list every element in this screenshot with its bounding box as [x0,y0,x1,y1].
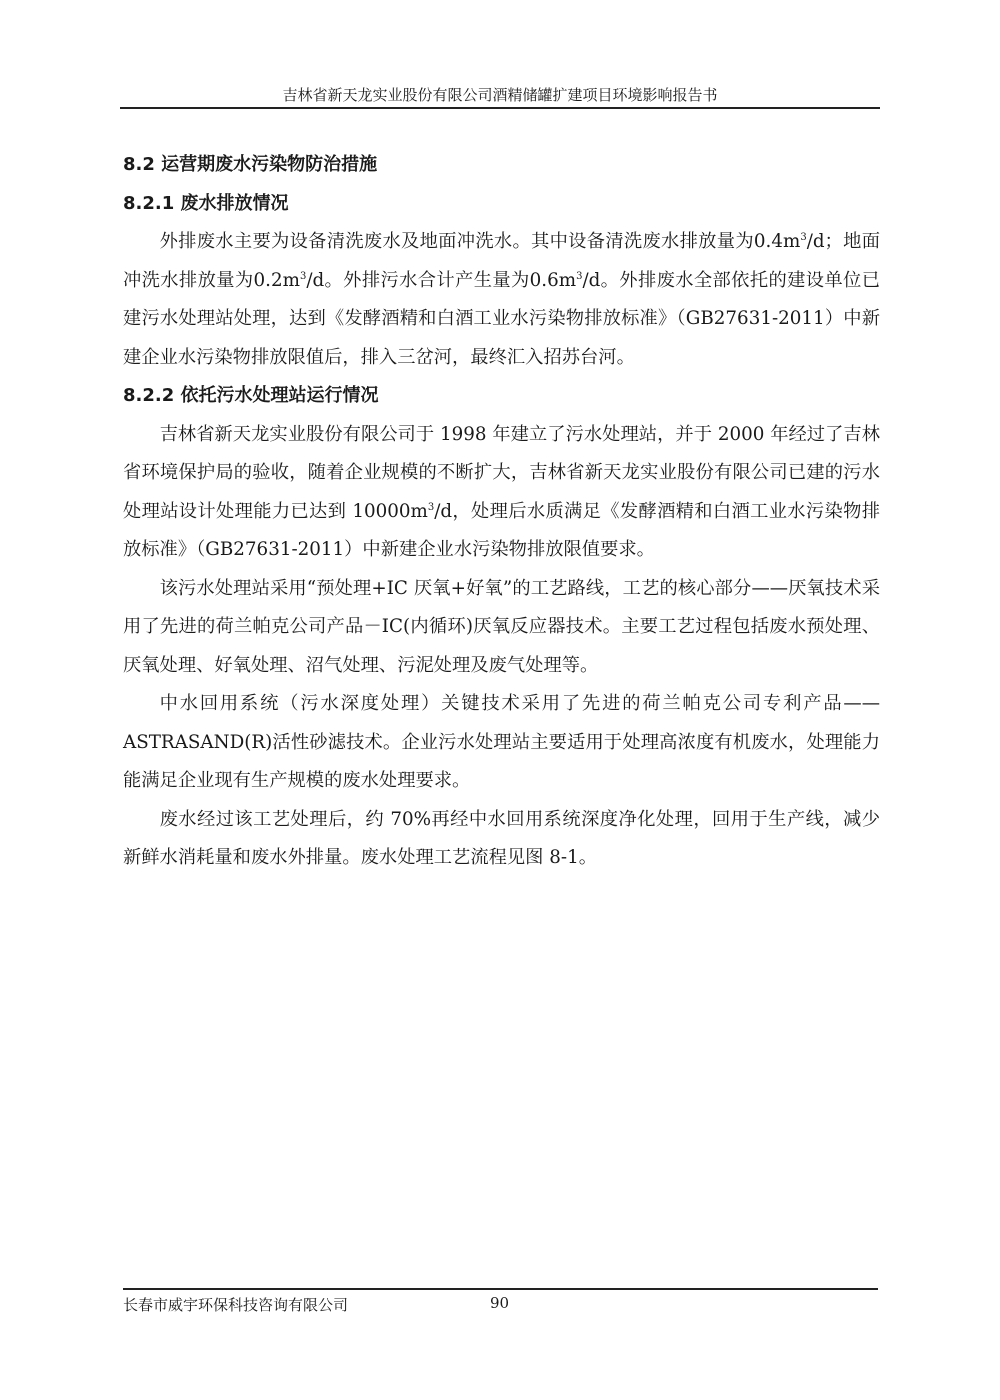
section-heading-8-2: 8.2 运营期废水污染物防治措施 [123,146,880,185]
running-header-title: 吉林省新天龙实业股份有限公司酒精储罐扩建项目环境影响报告书 [0,84,1000,105]
text-run: /d。外排污水合计产生量为0.6m [306,270,576,291]
section-heading-8-2-2: 8.2.2 依托污水处理站运行情况 [123,377,880,416]
header-rule [120,107,880,109]
paragraph-reuse-ratio: 废水经过该工艺处理后，约 70%再经中水回用系统深度净化处理，回用于生产线，减少… [123,801,880,878]
page-number: 90 [490,1294,509,1312]
footer-rule [123,1288,878,1290]
text-run: 外排废水主要为设备清洗废水及地面冲洗水。其中设备清洗废水排放量为0.4m [160,231,801,252]
paragraph-plant-history: 吉林省新天龙实业股份有限公司于 1998 年建立了污水处理站，并于 2000 年… [123,416,880,570]
section-heading-8-2-1: 8.2.1 废水排放情况 [123,185,880,224]
paragraph-reuse-system: 中水回用系统（污水深度处理）关键技术采用了先进的荷兰帕克公司专利产品——ASTR… [123,685,880,801]
paragraph-process-route: 该污水处理站采用“预处理+IC 厌氧+好氧”的工艺路线，工艺的核心部分——厌氧技… [123,570,880,686]
paragraph-discharge: 外排废水主要为设备清洗废水及地面冲洗水。其中设备清洗废水排放量为0.4m3/d；… [123,223,880,377]
page-body: 8.2 运营期废水污染物防治措施 8.2.1 废水排放情况 外排废水主要为设备清… [123,146,880,878]
footer-company: 长春市威宇环保科技咨询有限公司 [123,1294,348,1315]
